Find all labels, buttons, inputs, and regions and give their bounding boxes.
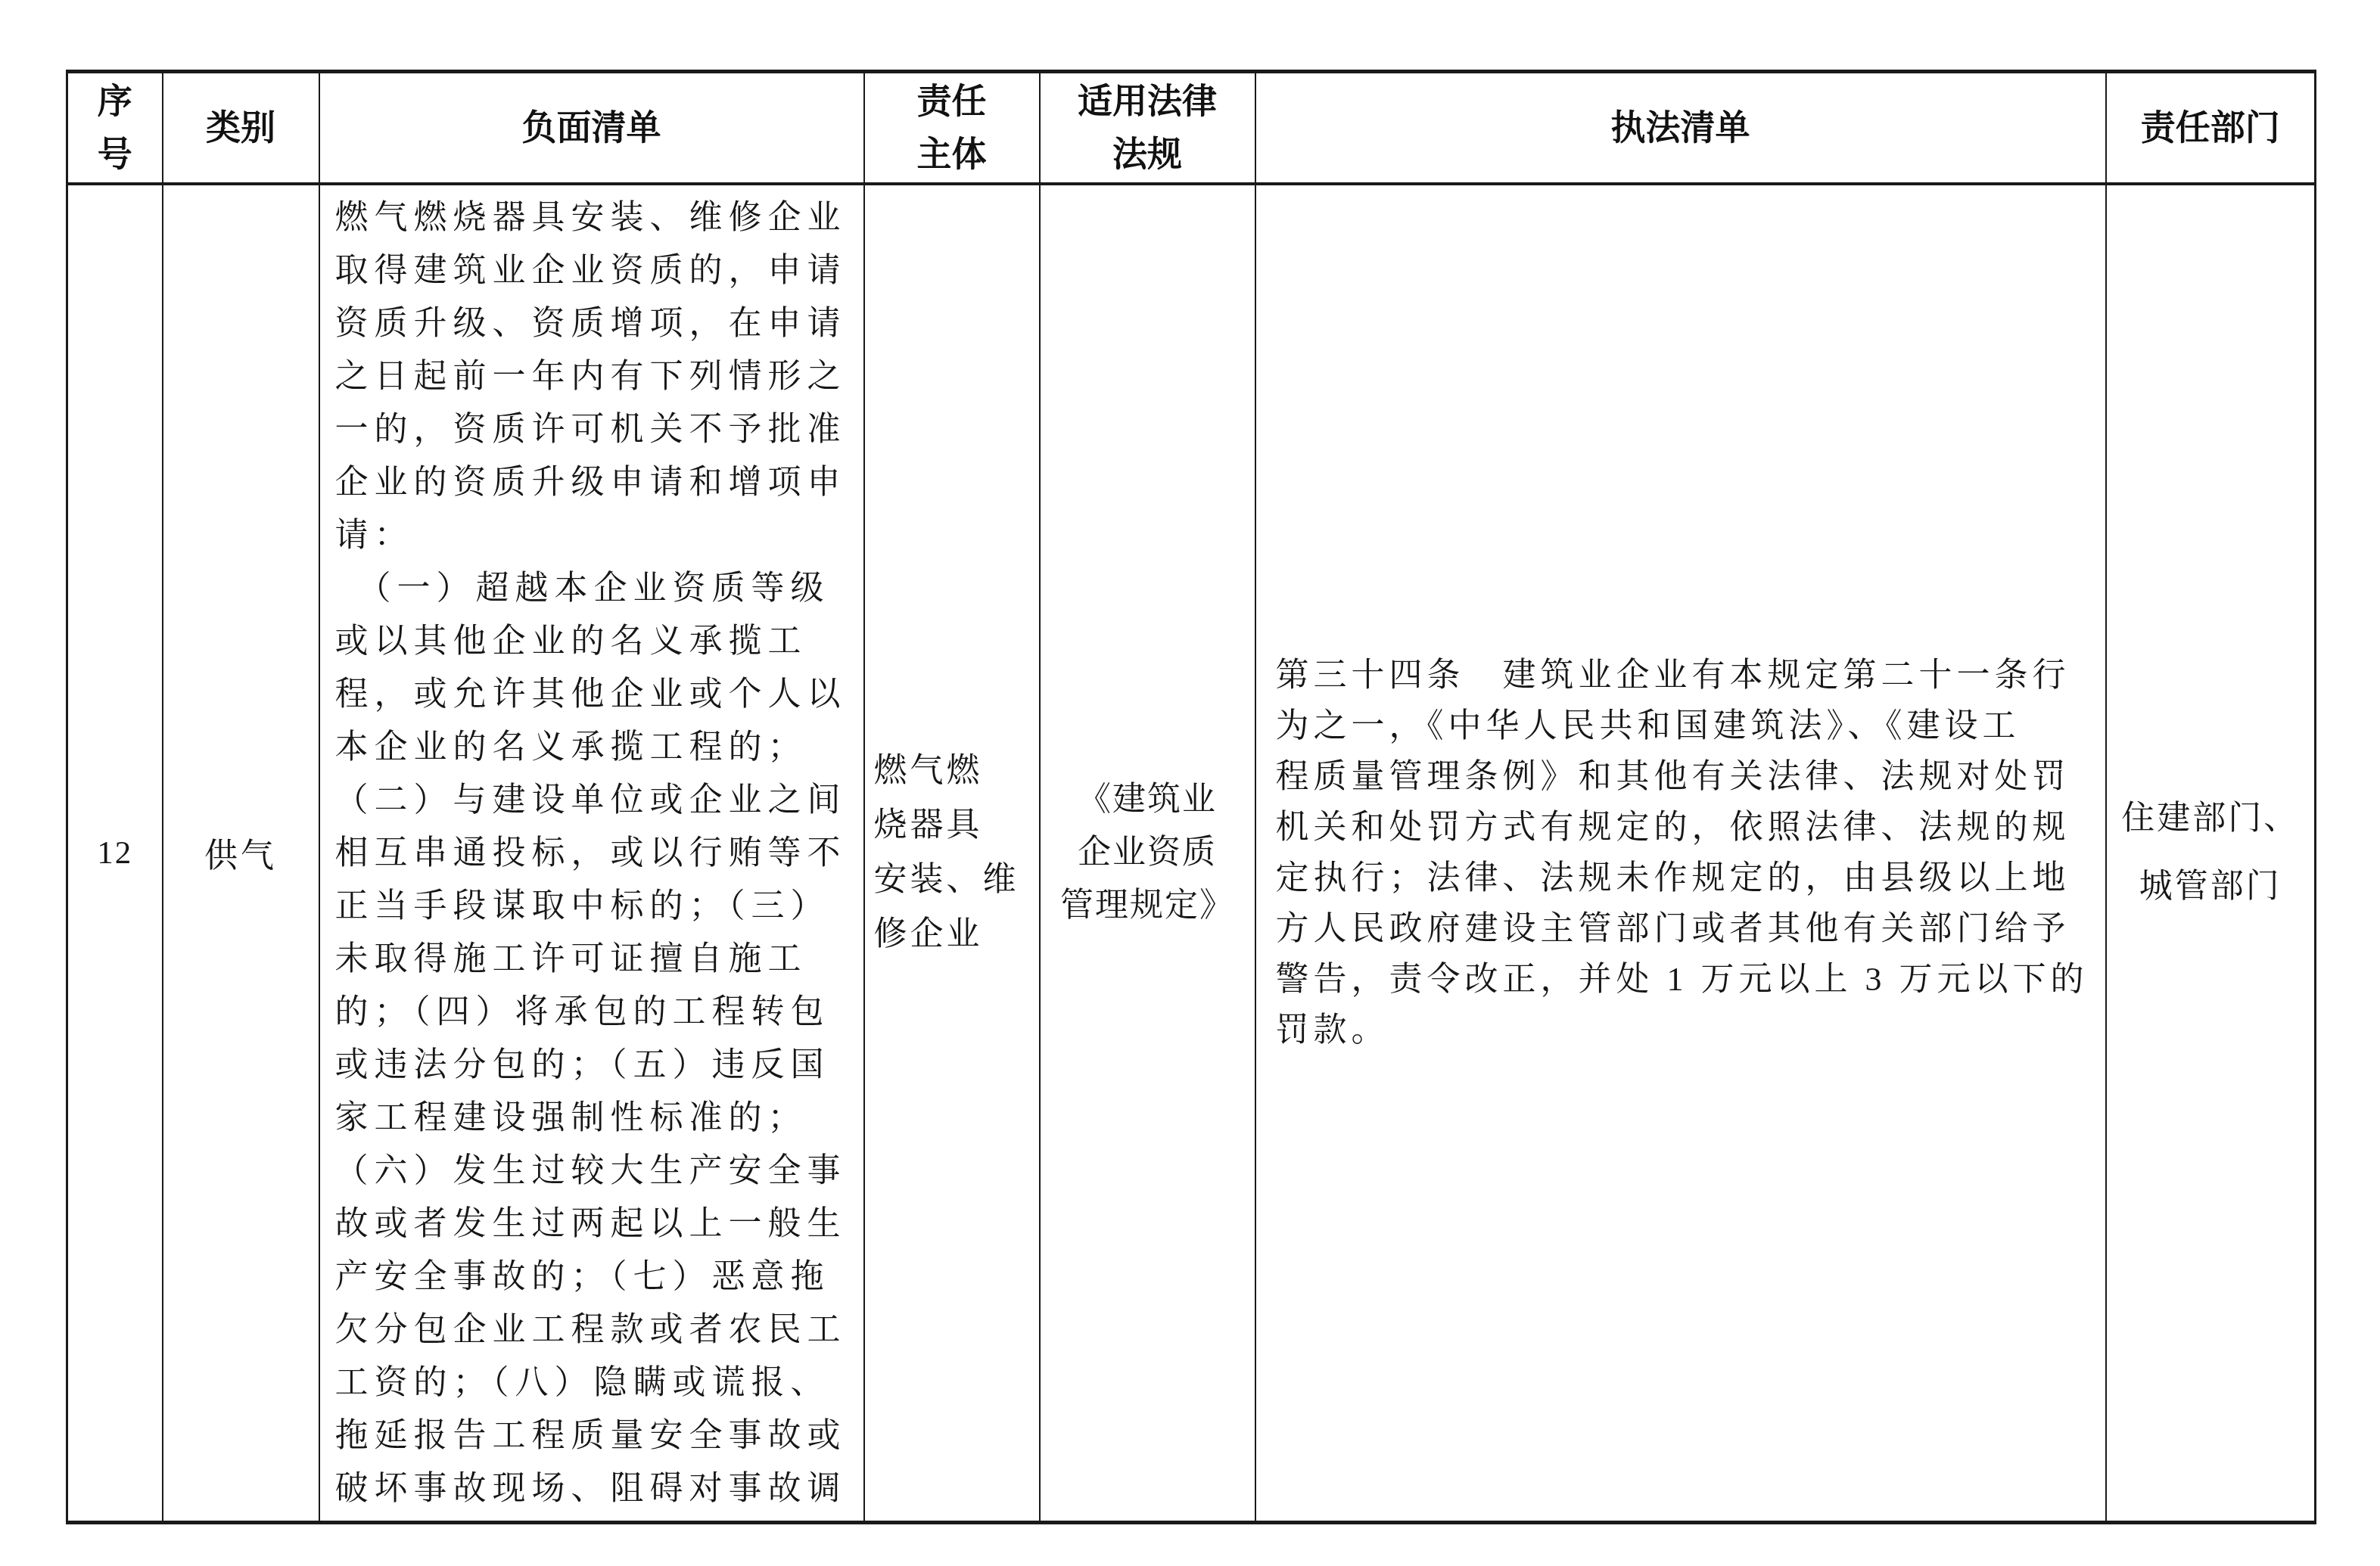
table-header-row: 序 号 类别 负面清单 责任 主体 适用法律 法规 执法清单 责任部门 [67,72,2316,184]
cell-applicable-laws: 《建筑业 企业资质 管理规定》 [1040,184,1255,1523]
document-page: 序 号 类别 负面清单 责任 主体 适用法律 法规 执法清单 责任部门 12 供… [0,0,2380,1566]
table-row: 12 供气 燃气燃烧器具安装、维修企业 取得建筑业企业资质的，申请 资质升级、资… [67,184,2316,1523]
cell-category: 供气 [163,184,319,1523]
cell-seq-no: 12 [67,184,163,1523]
header-responsible-department: 责任部门 [2106,72,2316,184]
header-negative-list: 负面清单 [319,72,864,184]
cell-negative-list: 燃气燃烧器具安装、维修企业 取得建筑业企业资质的，申请 资质升级、资质增项，在申… [319,184,864,1523]
header-applicable-laws: 适用法律 法规 [1040,72,1255,184]
header-responsible-entity: 责任 主体 [864,72,1040,184]
header-enforcement-list: 执法清单 [1255,72,2106,184]
cell-responsible-department: 住建部门、 城管部门 [2106,184,2316,1523]
regulation-table: 序 号 类别 负面清单 责任 主体 适用法律 法规 执法清单 责任部门 12 供… [66,70,2316,1524]
header-seq-no: 序 号 [67,72,163,184]
header-category: 类别 [163,72,319,184]
cell-responsible-entity: 燃气燃 烧器具 安装、维 修企业 [864,184,1040,1523]
cell-enforcement-list: 第三十四条 建筑业企业有本规定第二十一条行 为之一，《中华人民共和国建筑法》、《… [1255,184,2106,1523]
